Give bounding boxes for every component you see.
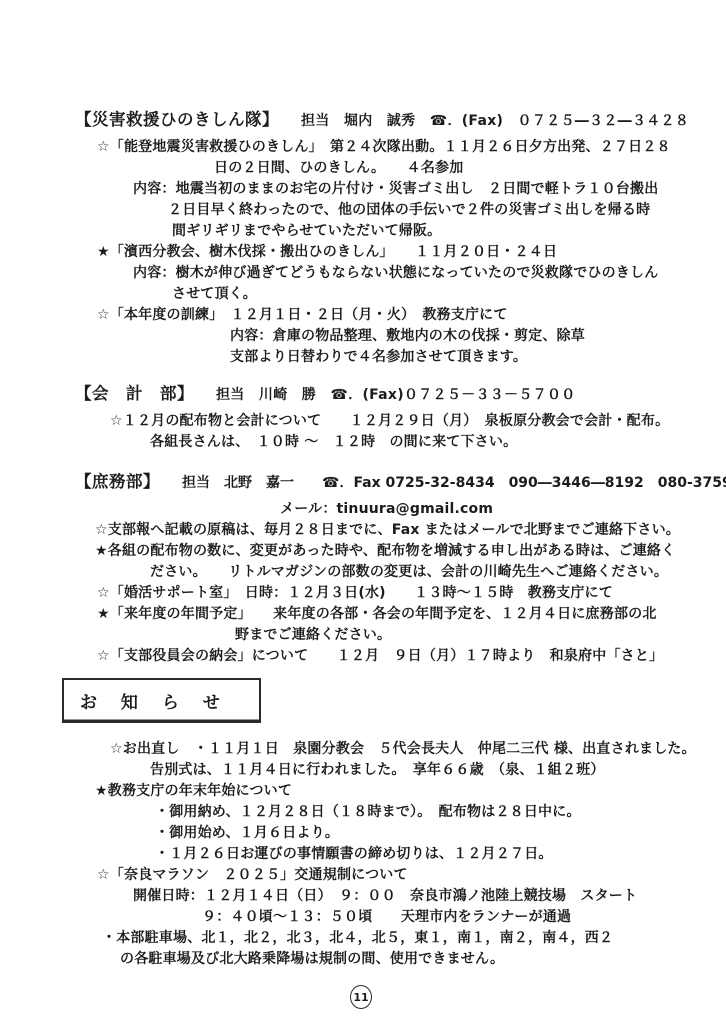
text-line: 内容：地震当初のままのお宅の片付け・災害ゴミ出し ２日間で軽トラ１０台搬出 — [62, 179, 702, 200]
notice-box-label: お 知 ら せ — [80, 693, 229, 713]
section-general-affairs: 【庶務部】 担当 北野 嘉一 ☎．Fax 0725-32-8434 090―34… — [62, 468, 702, 667]
text-line: ☆支部報へ記載の原稿は、毎月２８日までに、Fax またはメールで北野までご連絡下… — [62, 520, 702, 541]
page-number: 11 — [350, 985, 372, 1009]
text-line: ・１月２６日お運びの事情願書の締め切りは、１２月２７日。 — [62, 844, 702, 865]
text-line: の各駐車場及び北大路乗降場は規制の間、使用できません。 — [62, 949, 702, 970]
text-line: ☆「支部役員会の納会」について １２月 ９日（月）１７時より 和泉府中「さと」 — [62, 646, 702, 667]
scanned-newsletter-page: 【災害救援ひのきしん隊】 担当 堀内 誠秀 ☎．(Fax) ０７２５―３２―３４… — [0, 0, 726, 1009]
section-title: 【会 計 部】 — [75, 380, 194, 404]
text-line: 内容：樹木が伸び過ぎてどうもならない状態になっていたので災救隊でひのきしん — [62, 263, 702, 284]
text-line: 内容：倉庫の物品整理、敷地内の木の伐採・剪定、除草 — [62, 326, 702, 347]
section-contact: 担当 堀内 誠秀 ☎．(Fax) ０７２５―３２―３４２８ — [301, 110, 689, 130]
text-line: ２日目早く終わったので、他の団体の手伝いで２件の災害ゴミ出しを帰る時 — [62, 200, 702, 221]
section-header: 【災害救援ひのきしん隊】 担当 堀内 誠秀 ☎．(Fax) ０７２５―３２―３４… — [75, 106, 702, 130]
section-header: 【会 計 部】 担当 川崎 勝 ☎．(Fax)０７２５－３３－５７００ — [75, 380, 702, 404]
text-line: 告別式は、１１月４日に行われました。 享年６６歳 （泉、１組２班） — [62, 760, 702, 781]
text-line: ☆お出直し ・１１月１日 泉園分教会 ５代会長夫人 仲尾二三代 様、出直されまし… — [62, 739, 702, 760]
text-line: 各組長さんは、 １０時 ～ １２時 の間に来て下さい。 — [62, 432, 702, 453]
section-title: 【庶務部】 — [75, 468, 160, 492]
email-line: メール：tinuura@gmail.com — [62, 499, 702, 520]
text-line: 支部より日替わりで４名参加させて頂きます。 — [62, 347, 702, 368]
text-line: ☆「本年度の訓練」 １２月１日・２日（月・火） 教務支庁にて — [62, 305, 702, 326]
text-line: 間ギリギリまでやらせていただいて帰阪。 — [62, 221, 702, 242]
section-accounting: 【会 計 部】 担当 川崎 勝 ☎．(Fax)０７２５－３３－５７００ ☆１２月… — [62, 380, 702, 453]
notice-box: お 知 ら せ — [62, 678, 261, 723]
section-title: 【災害救援ひのきしん隊】 — [75, 106, 279, 130]
text-line: ・本部駐車場、北１，北２，北３，北４，北５，東１，南１，南２，南４，西２ — [62, 928, 702, 949]
text-line: 開催日時：１２月１４日（日） ９：００ 奈良市鴻ノ池陸上競技場 スタート — [62, 886, 702, 907]
section-contact: 担当 北野 嘉一 ☎．Fax 0725-32-8434 090―3446―819… — [182, 472, 726, 492]
text-line: ★「濱西分教会、樹木伐採・搬出ひのきしん」 １１月２０日・２４日 — [62, 242, 702, 263]
text-line: ☆「婚活サポート室」 日時：１２月３日(水) １３時～１５時 教務支庁にて — [62, 583, 702, 604]
text-line: ・御用納め、１２月２８日（１８時まで）。 配布物は２８日中に。 — [62, 802, 702, 823]
section-announcements: ☆お出直し ・１１月１日 泉園分教会 ５代会長夫人 仲尾二三代 様、出直されまし… — [62, 739, 702, 970]
section-contact: 担当 川崎 勝 ☎．(Fax)０７２５－３３－５７００ — [216, 384, 576, 404]
text-line: 日の２日間、ひのきしん。 ４名参加 — [62, 158, 702, 179]
text-line: ９：４０頃～１３：５０頃 天理市内をランナーが通過 — [62, 907, 702, 928]
text-line: ☆「奈良マラソン ２０２５」交通規制について — [62, 865, 702, 886]
text-line: ★各組の配布物の数に、変更があった時や、配布物を増減する申し出がある時は、ご連絡… — [62, 541, 702, 562]
text-line: ☆「能登地震災害救援ひのきしん」 第２４次隊出動。１１月２６日夕方出発、２７日２… — [62, 137, 702, 158]
text-line: ださい。 リトルマガジンの部数の変更は、会計の川崎先生へご連絡ください。 — [62, 562, 702, 583]
section-header: 【庶務部】 担当 北野 嘉一 ☎．Fax 0725-32-8434 090―34… — [75, 468, 702, 492]
page-number-value: 11 — [353, 991, 368, 1004]
text-line: 野までご連絡ください。 — [62, 625, 702, 646]
text-line: ・御用始め、１月６日より。 — [62, 823, 702, 844]
text-line: ★教務支庁の年末年始について — [62, 781, 702, 802]
text-line: させて頂く。 — [62, 284, 702, 305]
section-disaster-relief: 【災害救援ひのきしん隊】 担当 堀内 誠秀 ☎．(Fax) ０７２５―３２―３４… — [62, 106, 702, 368]
text-line: ★「来年度の年間予定」 来年度の各部・各会の年間予定を、１２月４日に庶務部の北 — [62, 604, 702, 625]
text-line: ☆１２月の配布物と会計について １２月２９日（月） 泉板原分教会で会計・配布。 — [62, 411, 702, 432]
